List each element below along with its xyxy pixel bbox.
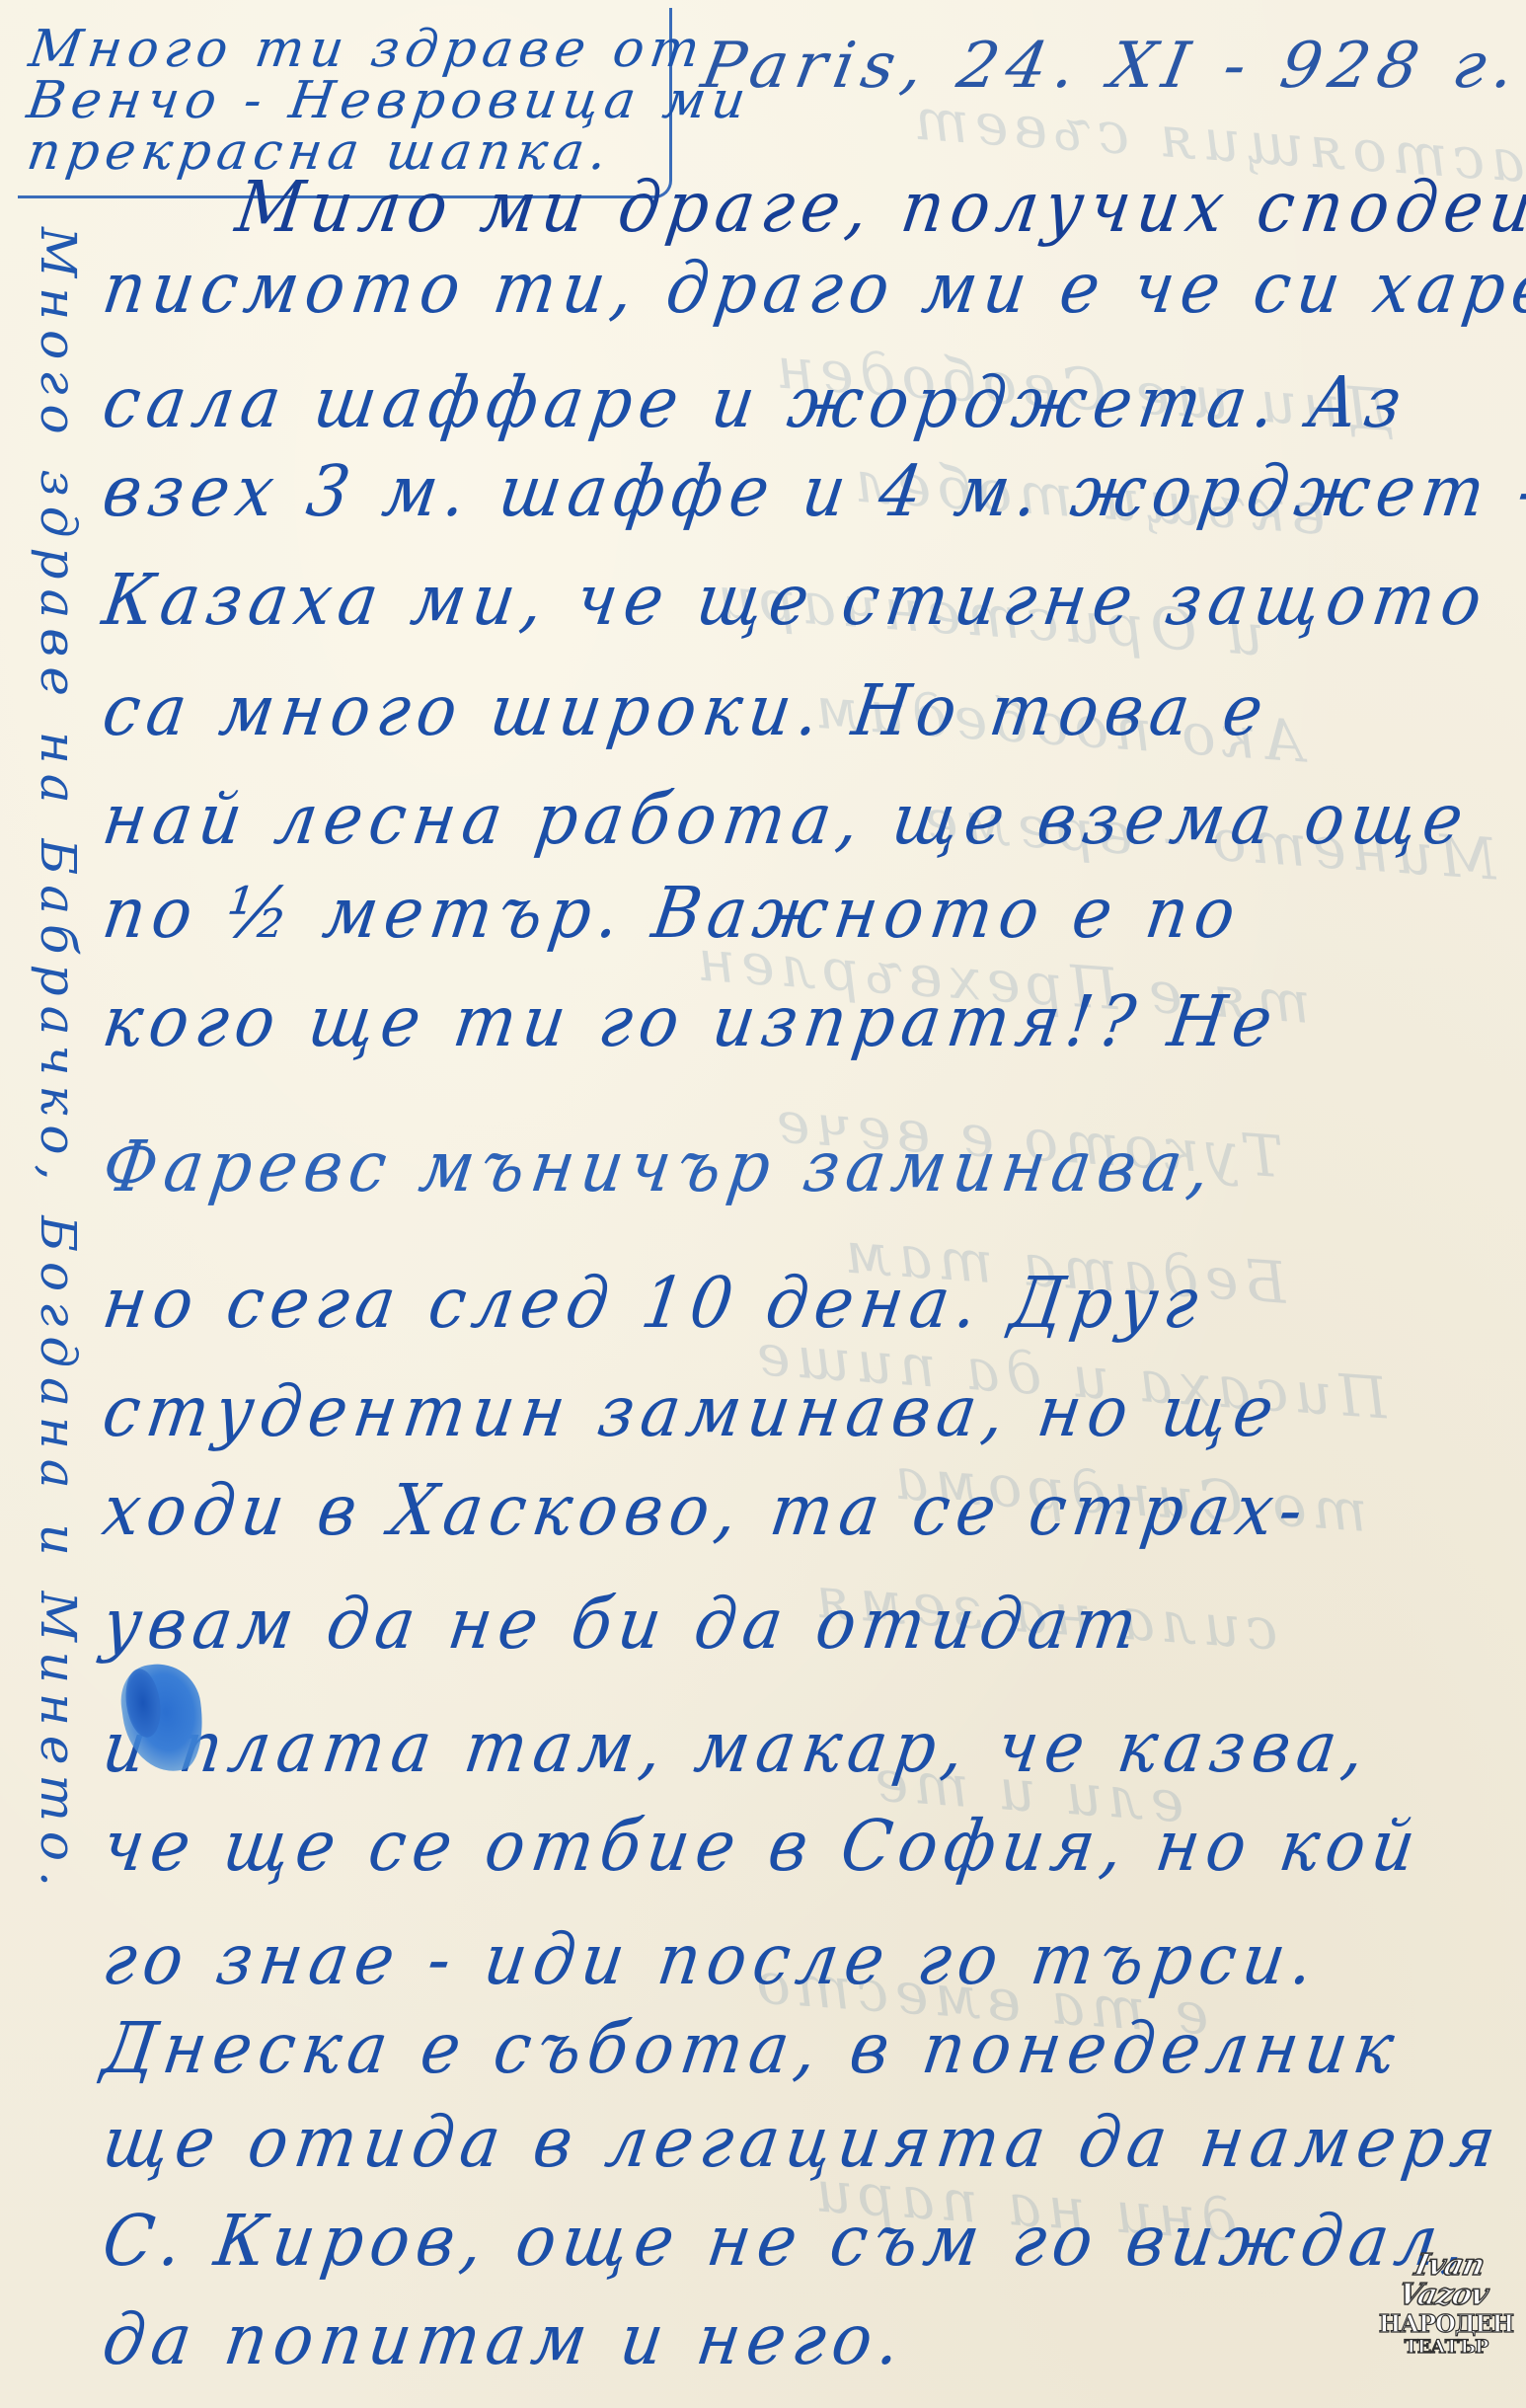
letter-line: писмото ти, драго ми е че си харе- [99,254,1526,324]
letter-line: сала шаффаре и жорджета. Аз [99,368,1412,438]
letter-line: кого ще ти го изпратя!? Не [99,987,1283,1057]
letter-page: Настоящия съвет Дни ше Свободен вкъщи то… [0,0,1526,2408]
postscript-line: Много ти здраве от [26,20,709,79]
letter-line: ще отида в легацията да намеря [99,2108,1506,2178]
letter-line: ходи в Хасково, та се страх- [99,1476,1314,1546]
logo-script: Ivan Vazov [1371,2251,1522,2310]
letter-line: Казаха ми, че ще стигне защото [99,566,1492,636]
letter-line: взех 3 м. шаффе и 4 м. жорджет - [99,457,1526,527]
postscript-line: Венчо - Невровица ми [24,71,755,130]
place-date: Paris, 24. XI - 928 г. [696,30,1526,103]
letter-line: Фаревс мъничър заминава, [99,1132,1221,1203]
letter-line: са много широки. Но това е [99,676,1274,746]
letter-line: да попитам и него. [99,2305,911,2375]
letter-line: и плата там, макар, че казва, [99,1713,1376,1783]
letter-line: увам да не би да отидат [99,1590,1148,1660]
logo-line-2: ТЕАТЪР [1377,2338,1515,2357]
letter-line: Днеска е събота, в понеделник [99,2014,1405,2084]
letter-line: най лесна работа, ще взема още [99,785,1474,855]
letter-line: студентин заминава, но ще [99,1377,1284,1447]
national-theatre-logo: Ivan Vazov НАРОДЕН ТЕАТЪР [1377,2251,1515,2357]
letter-line: но сега след 10 дена. Друг [99,1269,1209,1339]
letter-line: С. Киров, още не съм го виждал, [99,2207,1477,2277]
logo-line-1: НАРОДЕН [1377,2312,1515,2336]
letter-line: че ще се отбие в София, но кой [99,1812,1426,1882]
margin-note: Много здраве на Бабрачко, Богдана и Мине… [30,227,87,2202]
letter-line: Мило ми драге, получих сподеи [232,173,1526,243]
letter-line: го знае - иди после го търси. [99,1925,1325,1995]
letter-line: по ½ метър. Важното е по [99,879,1246,949]
